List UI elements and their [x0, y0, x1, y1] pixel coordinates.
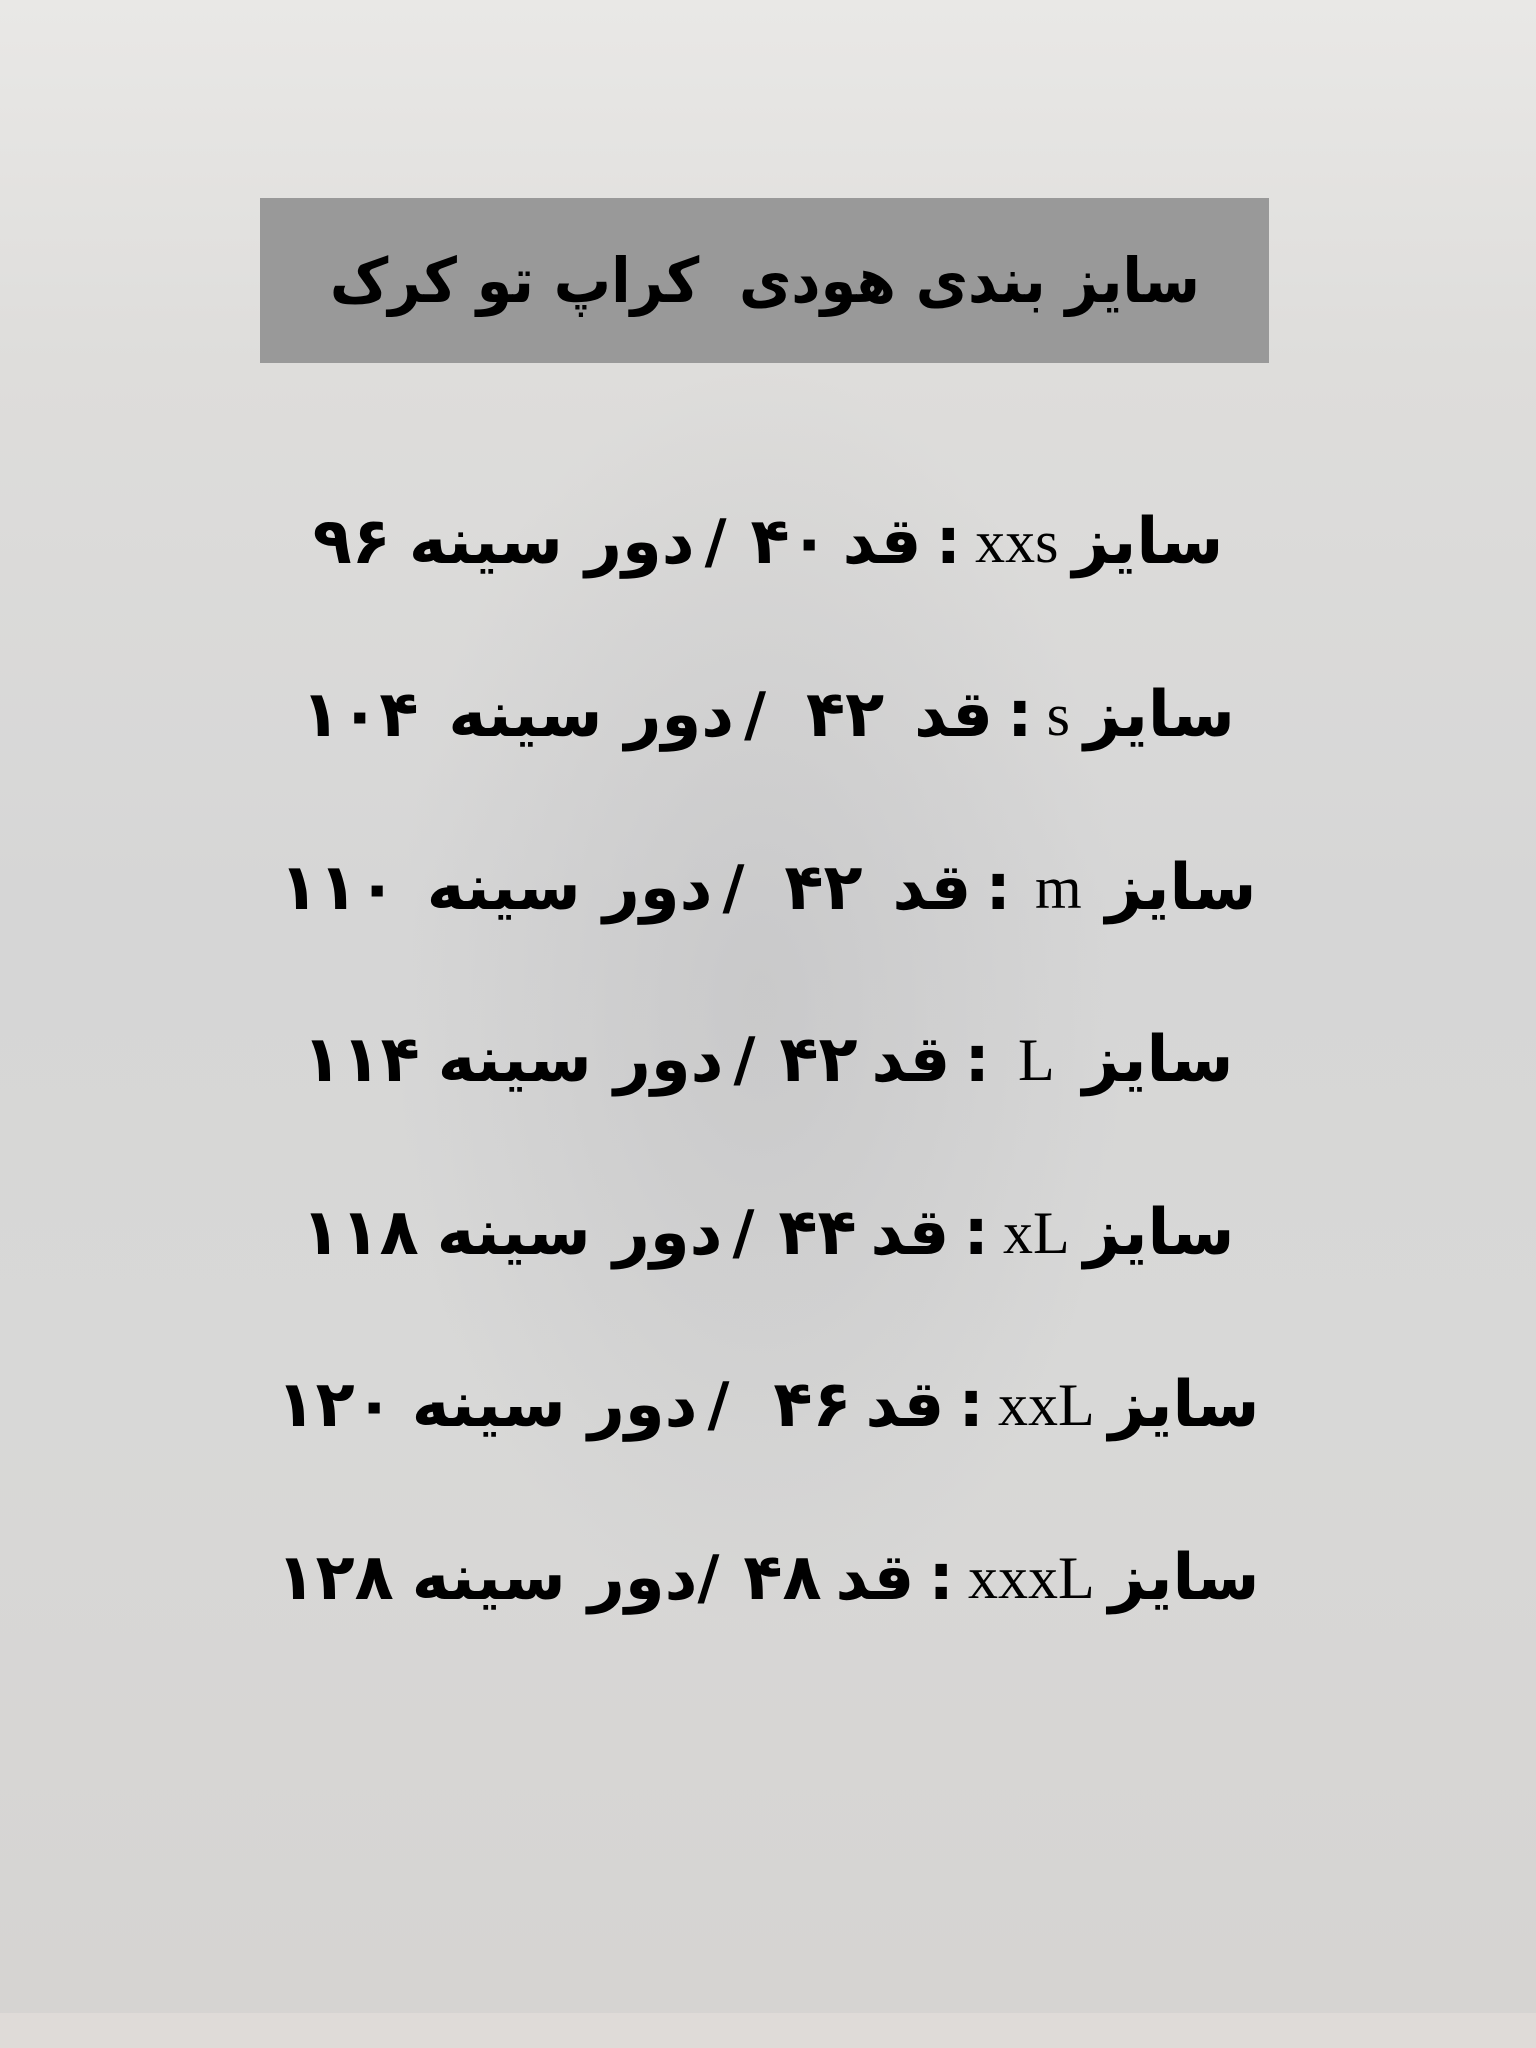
title-banner: سایز بندی هودی کراپ تو کرک	[260, 198, 1269, 363]
length-value: ۴۴	[778, 1196, 856, 1270]
length-label: قد	[866, 1368, 945, 1442]
size-row-xxl: سایز xxL : قد ۴۶ / دور سینه ۱۲۰	[230, 1350, 1306, 1460]
chest-value: ۹۶	[313, 505, 391, 579]
length-label: قد	[836, 1541, 915, 1615]
chest-label: دور سینه	[437, 1196, 723, 1270]
size-row-xl: سایز xL : قد ۴۴ / دور سینه ۱۱۸	[230, 1178, 1306, 1288]
chest-value: ۱۲۰	[277, 1368, 394, 1442]
size-code: xL	[1003, 1199, 1070, 1268]
length-value: ۴۲	[779, 1023, 857, 1097]
size-label: سایز	[1109, 1368, 1260, 1442]
size-label: سایز	[1084, 1196, 1235, 1270]
colon: :	[936, 505, 962, 579]
size-code: xxs	[975, 508, 1058, 577]
colon: :	[985, 851, 1011, 925]
size-row-xxs: سایز xxs : قد ۴۰ / دور سینه ۹۶	[230, 487, 1306, 597]
length-value: ۴۲	[806, 678, 884, 752]
slash: /	[697, 1543, 719, 1613]
length-value: ۴۸	[743, 1541, 821, 1615]
size-label: سایز	[1083, 1023, 1234, 1097]
size-code: xxxL	[968, 1544, 1095, 1613]
size-row-xxxl: سایز xxxL : قد ۴۸ / دور سینه ۱۲۸	[230, 1523, 1306, 1633]
size-row-m: سایز m : قد ۴۲ / دور سینه ۱۱۰	[230, 833, 1306, 943]
colon: :	[964, 1023, 990, 1097]
size-code: L	[1018, 1026, 1055, 1095]
slash: /	[733, 1025, 755, 1095]
slash: /	[744, 680, 766, 750]
size-code: s	[1047, 681, 1070, 750]
size-label: سایز	[1106, 851, 1257, 925]
colon: :	[958, 1368, 984, 1442]
chest-value: ۱۱۴	[303, 1023, 420, 1097]
length-label: قد	[871, 1196, 950, 1270]
page-title: سایز بندی هودی کراپ تو کرک	[329, 244, 1199, 317]
length-value: ۴۰	[751, 505, 829, 579]
size-row-l: سایز L : قد ۴۲ / دور سینه ۱۱۴	[230, 1005, 1306, 1115]
size-row-s: سایز s : قد ۴۲ / دور سینه ۱۰۴	[230, 660, 1306, 770]
size-label: سایز	[1072, 505, 1223, 579]
chest-label: دور سینه	[427, 851, 713, 925]
length-label: قد	[843, 505, 922, 579]
length-label: قد	[914, 678, 993, 752]
bottom-strip	[0, 2013, 1536, 2048]
colon: :	[963, 1196, 989, 1270]
chest-value: ۱۱۰	[280, 851, 397, 925]
size-label: سایز	[1109, 1541, 1260, 1615]
slash: /	[707, 1370, 729, 1440]
slash: /	[722, 853, 744, 923]
size-code: xxL	[998, 1371, 1095, 1440]
slash: /	[705, 507, 727, 577]
chest-label: دور سینه	[438, 1023, 724, 1097]
size-code: m	[1035, 854, 1082, 923]
chest-value: ۱۲۸	[277, 1541, 394, 1615]
chest-value: ۱۰۴	[301, 678, 418, 752]
chest-label: دور سینه	[409, 505, 695, 579]
chest-label: دور سینه	[412, 1368, 698, 1442]
length-label: قد	[872, 1023, 951, 1097]
colon: :	[928, 1541, 954, 1615]
size-label: سایز	[1084, 678, 1235, 752]
chest-label: دور سینه	[448, 678, 734, 752]
chest-label: دور سینه	[412, 1541, 698, 1615]
length-label: قد	[893, 851, 972, 925]
chest-value: ۱۱۸	[302, 1196, 419, 1270]
length-value: ۴۲	[784, 851, 862, 925]
length-value: ۴۶	[773, 1368, 851, 1442]
slash: /	[732, 1198, 754, 1268]
colon: :	[1007, 678, 1033, 752]
